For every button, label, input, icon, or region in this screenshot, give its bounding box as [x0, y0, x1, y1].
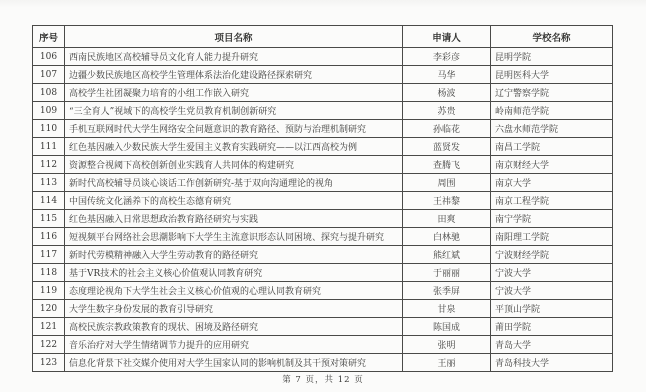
table-row: 107边疆少数民族地区高校学生管理体系法治化建设路径探索研究马华昆明医科大学: [33, 66, 613, 84]
cell-project: 态度理论视角下大学生社会主义核心价值观的心理认同教育研究: [65, 282, 403, 300]
cell-project: 信息化背景下社交媒介使用对大学生国家认同的影响机制及其干预对策研究: [65, 354, 403, 372]
table-row: 123信息化背景下社交媒介使用对大学生国家认同的影响机制及其干预对策研究王丽青岛…: [33, 354, 613, 372]
cell-school: 昆明学院: [491, 48, 613, 66]
cell-school: 岭南师范学院: [491, 102, 613, 120]
cell-project: 资源整合视阈下高校创新创业实践育人共同体的构建研究: [65, 156, 403, 174]
cell-applicant: 马华: [403, 66, 491, 84]
header-applicant: 申请人: [403, 26, 491, 48]
cell-school: 南宁学院: [491, 210, 613, 228]
cell-project: 基于VR技术的社会主义核心价值观认同教育研究: [65, 264, 403, 282]
cell-project: 高校民族宗教政策教育的现状、困境及路径研究: [65, 318, 403, 336]
cell-applicant: 杨波: [403, 84, 491, 102]
cell-applicant: 李彩彦: [403, 48, 491, 66]
cell-applicant: 田爽: [403, 210, 491, 228]
table-row: 119态度理论视角下大学生社会主义核心价值观的心理认同教育研究张季屏宁波大学: [33, 282, 613, 300]
cell-applicant: 于丽丽: [403, 264, 491, 282]
cell-applicant: 周围: [403, 174, 491, 192]
cell-applicant: 陈国成: [403, 318, 491, 336]
cell-no: 116: [33, 228, 65, 246]
projects-table: 序号 项目名称 申请人 学校名称 106西南民族地区高校辅导员文化育人能力提升研…: [32, 25, 613, 372]
header-school: 学校名称: [491, 26, 613, 48]
cell-project: 新时代劳模精神融入大学生劳动教育的路径研究: [65, 246, 403, 264]
table-row: 115红色基因融入日常思想政治教育路径研究与实践田爽南宁学院: [33, 210, 613, 228]
table-row: 108高校学生社团凝聚力培育的小组工作嵌入研究杨波辽宁警察学院: [33, 84, 613, 102]
cell-project: 红色基因融入日常思想政治教育路径研究与实践: [65, 210, 403, 228]
cell-applicant: 孙临花: [403, 120, 491, 138]
cell-no: 114: [33, 192, 65, 210]
cell-no: 122: [33, 336, 65, 354]
table-row: 120大学生数字身份发展的教育引导研究甘泉平顶山学院: [33, 300, 613, 318]
cell-project: 边疆少数民族地区高校学生管理体系法治化建设路径探索研究: [65, 66, 403, 84]
table-row: 113新时代高校辅导员谈心谈话工作创新研究-基于双向沟通理论的视角周围南京大学: [33, 174, 613, 192]
cell-project: 新时代高校辅导员谈心谈话工作创新研究-基于双向沟通理论的视角: [65, 174, 403, 192]
table-header-row: 序号 项目名称 申请人 学校名称: [33, 26, 613, 48]
cell-no: 109: [33, 102, 65, 120]
cell-applicant: 查腾飞: [403, 156, 491, 174]
cell-school: 辽宁警察学院: [491, 84, 613, 102]
cell-project: 红色基因融入少数民族大学生爱国主义教育实践研究——以江西高校为例: [65, 138, 403, 156]
cell-no: 112: [33, 156, 65, 174]
cell-school: 青岛大学: [491, 336, 613, 354]
cell-school: 南昌工学院: [491, 138, 613, 156]
cell-applicant: 熊红斌: [403, 246, 491, 264]
cell-applicant: 张季屏: [403, 282, 491, 300]
cell-school: 南阳理工学院: [491, 228, 613, 246]
cell-no: 106: [33, 48, 65, 66]
cell-project: 高校学生社团凝聚力培育的小组工作嵌入研究: [65, 84, 403, 102]
cell-no: 120: [33, 300, 65, 318]
cell-applicant: 白林驰: [403, 228, 491, 246]
cell-applicant: 王丽: [403, 354, 491, 372]
cell-project: 大学生数字身份发展的教育引导研究: [65, 300, 403, 318]
cell-project: 西南民族地区高校辅导员文化育人能力提升研究: [65, 48, 403, 66]
table-row: 111红色基因融入少数民族大学生爱国主义教育实践研究——以江西高校为例蓝贤发南昌…: [33, 138, 613, 156]
cell-no: 107: [33, 66, 65, 84]
table-row: 114中国传统文化涵养下的高校生态德育研究王祎黎南京工程学院: [33, 192, 613, 210]
table-row: 121高校民族宗教政策教育的现状、困境及路径研究陈国成莆田学院: [33, 318, 613, 336]
cell-school: 南京大学: [491, 174, 613, 192]
header-project: 项目名称: [65, 26, 403, 48]
table-row: 116短视频平台网络社会思潮影响下大学生主流意识形态认同困境、探究与提升研究白林…: [33, 228, 613, 246]
cell-school: 莆田学院: [491, 318, 613, 336]
table-row: 106西南民族地区高校辅导员文化育人能力提升研究李彩彦昆明学院: [33, 48, 613, 66]
cell-project: 手机互联网时代大学生网络安全问题意识的教育路径、预防与治理机制研究: [65, 120, 403, 138]
table-row: 117新时代劳模精神融入大学生劳动教育的路径研究熊红斌宁波财经学院: [33, 246, 613, 264]
cell-applicant: 蓝贤发: [403, 138, 491, 156]
table-row: 109“三全育人”视域下的高校学生党员教育机制创新研究苏贵岭南师范学院: [33, 102, 613, 120]
cell-school: 青岛科技大学: [491, 354, 613, 372]
cell-no: 113: [33, 174, 65, 192]
cell-project: “三全育人”视域下的高校学生党员教育机制创新研究: [65, 102, 403, 120]
cell-no: 110: [33, 120, 65, 138]
cell-school: 宁波大学: [491, 282, 613, 300]
cell-school: 宁波大学: [491, 264, 613, 282]
cell-no: 118: [33, 264, 65, 282]
cell-school: 平顶山学院: [491, 300, 613, 318]
cell-no: 108: [33, 84, 65, 102]
header-no: 序号: [33, 26, 65, 48]
cell-applicant: 苏贵: [403, 102, 491, 120]
table-row: 112资源整合视阈下高校创新创业实践育人共同体的构建研究查腾飞南京财经大学: [33, 156, 613, 174]
document-page: 序号 项目名称 申请人 学校名称 106西南民族地区高校辅导员文化育人能力提升研…: [0, 0, 646, 392]
cell-school: 六盘水师范学院: [491, 120, 613, 138]
cell-applicant: 甘泉: [403, 300, 491, 318]
cell-school: 南京工程学院: [491, 192, 613, 210]
table-row: 110手机互联网时代大学生网络安全问题意识的教育路径、预防与治理机制研究孙临花六…: [33, 120, 613, 138]
cell-applicant: 王祎黎: [403, 192, 491, 210]
cell-no: 123: [33, 354, 65, 372]
cell-project: 中国传统文化涵养下的高校生态德育研究: [65, 192, 403, 210]
cell-no: 121: [33, 318, 65, 336]
page-number-footer: 第 7 页，共 12 页: [0, 373, 646, 385]
cell-no: 119: [33, 282, 65, 300]
cell-applicant: 张明: [403, 336, 491, 354]
cell-no: 111: [33, 138, 65, 156]
table-row: 118基于VR技术的社会主义核心价值观认同教育研究于丽丽宁波大学: [33, 264, 613, 282]
cell-project: 短视频平台网络社会思潮影响下大学生主流意识形态认同困境、探究与提升研究: [65, 228, 403, 246]
cell-no: 115: [33, 210, 65, 228]
cell-no: 117: [33, 246, 65, 264]
table-row: 122音乐治疗对大学生情绪调节力提升的应用研究张明青岛大学: [33, 336, 613, 354]
cell-school: 南京财经大学: [491, 156, 613, 174]
cell-school: 宁波财经学院: [491, 246, 613, 264]
cell-project: 音乐治疗对大学生情绪调节力提升的应用研究: [65, 336, 403, 354]
cell-school: 昆明医科大学: [491, 66, 613, 84]
